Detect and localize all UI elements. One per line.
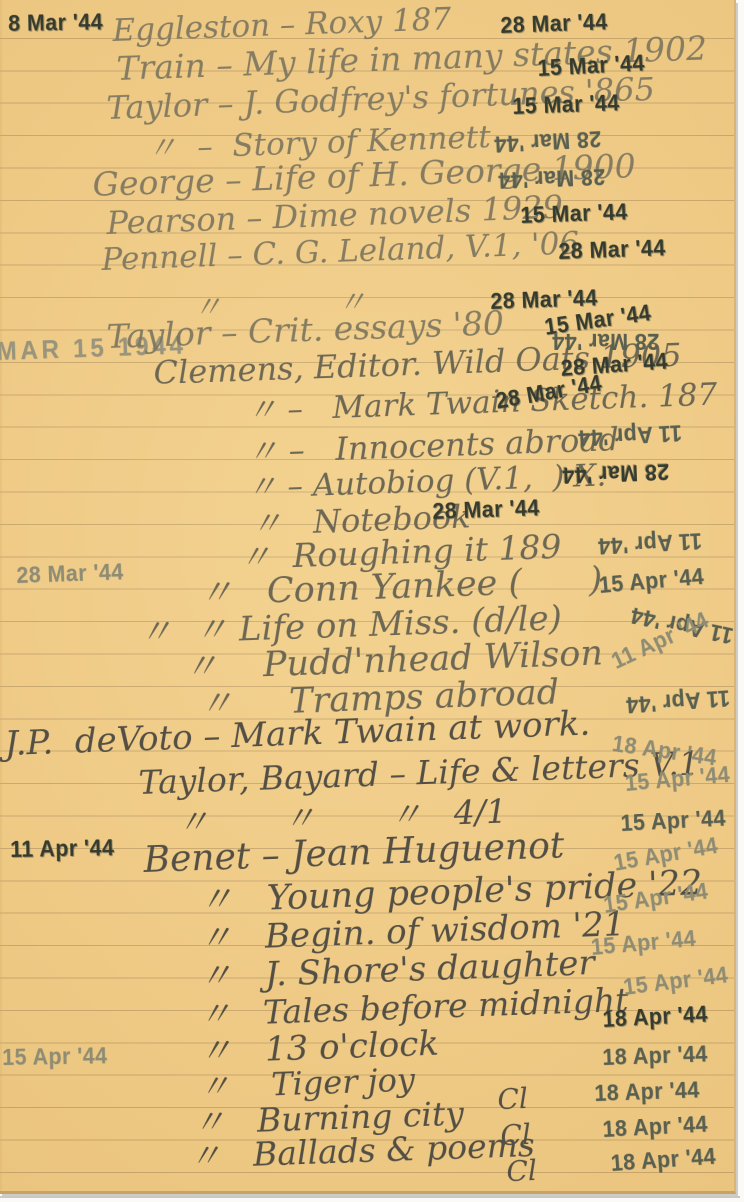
handwritten-entry: 〃 Ballads & poems (188, 1128, 535, 1173)
date-stamp: 18 Apr '44 (594, 1078, 700, 1105)
date-stamp: 28 Mar '44 (494, 127, 602, 156)
c1-mark: Cl (497, 1085, 528, 1114)
date-stamp: 28 Mar '44 (432, 496, 540, 523)
c1-mark: Cl (500, 1121, 531, 1150)
date-stamp: 28 Mar '44 (558, 236, 666, 263)
date-stamp: 28 Mar '44 (500, 10, 608, 37)
c1-mark: Cl (506, 1157, 537, 1186)
scanned-library-card-page: { "palette":{ "card_background":"#f0ca82… (0, 0, 744, 1202)
date-stamp: 15 Apr '44 (624, 763, 731, 795)
date-stamp: 15 Apr '44 (622, 963, 729, 999)
date-stamp: 18 Apr '44 (602, 1042, 708, 1069)
date-stamp: 11 Apr '44 (625, 686, 730, 716)
scan-edge-shadow (0, 1196, 740, 1198)
date-stamp: 15 Mar '44 (520, 200, 628, 227)
date-stamp: 15 Apr '44 (2, 1044, 108, 1069)
date-stamp: 18 Apr '44 (610, 1145, 717, 1175)
date-stamp: 28 Mar '44 (562, 460, 670, 487)
date-stamp: 15 Mar '44 (512, 91, 620, 118)
date-stamp: 28 Mar '44 (498, 165, 606, 192)
date-stamp: 15 Apr '44 (598, 565, 705, 597)
library-card: 8 Mar '44 MAR 15 1944 28 Mar '44 11 Apr … (0, 0, 736, 1194)
date-stamp: 28 Mar '44 (16, 560, 124, 587)
date-stamp: 8 Mar '44 (8, 10, 103, 35)
date-stamp: 18 Apr '44 (602, 1112, 708, 1140)
date-stamp: 11 Apr '44 (577, 421, 682, 449)
handwritten-entry: 〃 – Mark Twain Sketch. 187 (246, 380, 718, 427)
date-stamp: 11 Apr '44 (597, 529, 702, 557)
date-stamp: 18 Apr '44 (602, 1002, 708, 1030)
date-stamp: 15 Mar '44 (537, 51, 645, 80)
date-stamp: 15 Apr '44 (620, 806, 726, 834)
date-stamp: 11 Apr '44 (10, 836, 114, 861)
date-stamp: 15 Apr '44 (590, 927, 697, 959)
